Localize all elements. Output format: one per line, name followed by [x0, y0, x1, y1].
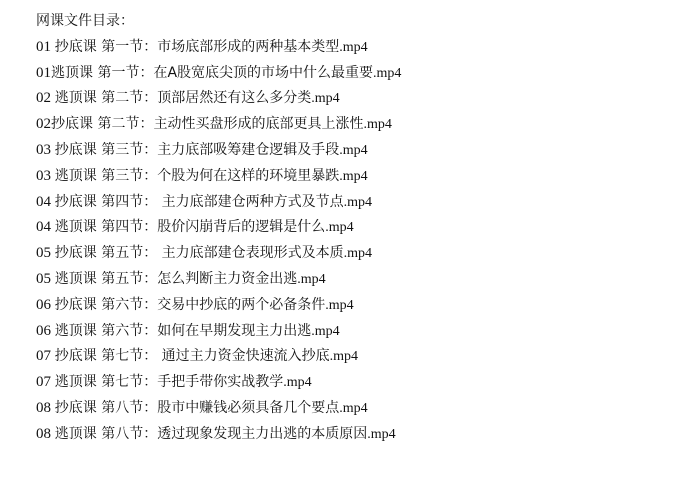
file-entry: 04 逃顶课 第四节：股价闪崩背后的逻辑是什么.mp4	[36, 215, 401, 241]
file-entry: 01 抄底课 第一节：市场底部形成的两种基本类型.mp4	[36, 35, 401, 61]
document-heading: 网课文件目录：	[36, 9, 401, 35]
file-list-document: 网课文件目录： 01 抄底课 第一节：市场底部形成的两种基本类型.mp4 01逃…	[36, 9, 401, 448]
file-number: 07	[36, 374, 55, 390]
file-extension: .mp4	[373, 66, 401, 81]
file-number: 08	[36, 426, 55, 442]
file-extension: .mp4	[344, 195, 372, 210]
file-title: 逃顶课 第一节：在A股宽底尖顶的市场中什么最重要	[51, 65, 373, 81]
file-entry: 06 抄底课 第六节：交易中抄底的两个必备条件.mp4	[36, 293, 401, 319]
file-title: 抄底课 第七节： 通过主力资金快速流入抄底	[55, 348, 330, 364]
file-extension: .mp4	[311, 324, 339, 339]
file-extension: .mp4	[325, 298, 353, 313]
file-title: 抄底课 第六节：交易中抄底的两个必备条件	[55, 297, 325, 313]
file-title: 逃顶课 第六节：如何在早期发现主力出逃	[55, 323, 311, 339]
file-extension: .mp4	[325, 220, 353, 235]
file-entry: 05 逃顶课 第五节：怎么判断主力资金出逃.mp4	[36, 267, 401, 293]
file-number: 04	[36, 219, 55, 235]
file-number: 02	[36, 116, 51, 132]
file-title: 逃顶课 第四节：股价闪崩背后的逻辑是什么	[55, 219, 325, 235]
file-number: 05	[36, 271, 55, 287]
file-title: 逃顶课 第八节：透过现象发现主力出逃的本质原因	[55, 426, 367, 442]
file-title: 抄底课 第四节： 主力底部建仓两种方式及节点	[55, 194, 344, 210]
file-extension: .mp4	[339, 401, 367, 416]
file-extension: .mp4	[339, 143, 367, 158]
file-title: 逃顶课 第三节：个股为何在这样的环境里暴跌	[55, 168, 339, 184]
file-number: 03	[36, 142, 55, 158]
file-extension: .mp4	[367, 427, 395, 442]
file-extension: .mp4	[339, 40, 367, 55]
file-title: 抄底课 第一节：市场底部形成的两种基本类型	[55, 39, 339, 55]
file-extension: .mp4	[344, 246, 372, 261]
file-entry: 03 抄底课 第三节：主力底部吸筹建仓逻辑及手段.mp4	[36, 138, 401, 164]
file-entry: 04 抄底课 第四节： 主力底部建仓两种方式及节点.mp4	[36, 190, 401, 216]
file-number: 01	[36, 65, 51, 81]
file-title: 逃顶课 第二节：顶部居然还有这么多分类	[55, 90, 311, 106]
file-entry: 07 逃顶课 第七节：手把手带你实战教学.mp4	[36, 370, 401, 396]
file-entry: 06 逃顶课 第六节：如何在早期发现主力出逃.mp4	[36, 319, 401, 345]
file-entry: 08 抄底课 第八节：股市中赚钱必须具备几个要点.mp4	[36, 396, 401, 422]
file-title: 逃顶课 第七节：手把手带你实战教学	[55, 374, 283, 390]
file-title: 抄底课 第二节：主动性买盘形成的底部更具上涨性	[51, 116, 363, 132]
file-title: 抄底课 第八节：股市中赚钱必须具备几个要点	[55, 400, 339, 416]
file-extension: .mp4	[283, 375, 311, 390]
file-title: 逃顶课 第五节：怎么判断主力资金出逃	[55, 271, 297, 287]
file-number: 01	[36, 39, 55, 55]
file-entry: 07 抄底课 第七节： 通过主力资金快速流入抄底.mp4	[36, 344, 401, 370]
file-extension: .mp4	[330, 349, 358, 364]
file-number: 06	[36, 323, 55, 339]
file-entry: 05 抄底课 第五节： 主力底部建仓表现形式及本质.mp4	[36, 241, 401, 267]
file-entry: 01逃顶课 第一节：在A股宽底尖顶的市场中什么最重要.mp4	[36, 61, 401, 87]
file-extension: .mp4	[297, 272, 325, 287]
file-title: 抄底课 第五节： 主力底部建仓表现形式及本质	[55, 245, 344, 261]
file-number: 03	[36, 168, 55, 184]
file-extension: .mp4	[363, 117, 391, 132]
file-number: 02	[36, 90, 55, 106]
file-extension: .mp4	[339, 169, 367, 184]
file-entry: 02 逃顶课 第二节：顶部居然还有这么多分类.mp4	[36, 86, 401, 112]
file-number: 04	[36, 194, 55, 210]
file-number: 08	[36, 400, 55, 416]
file-extension: .mp4	[311, 91, 339, 106]
file-number: 05	[36, 245, 55, 261]
file-number: 07	[36, 348, 55, 364]
file-entry: 02抄底课 第二节：主动性买盘形成的底部更具上涨性.mp4	[36, 112, 401, 138]
file-entry: 03 逃顶课 第三节：个股为何在这样的环境里暴跌.mp4	[36, 164, 401, 190]
file-entry: 08 逃顶课 第八节：透过现象发现主力出逃的本质原因.mp4	[36, 422, 401, 448]
file-number: 06	[36, 297, 55, 313]
file-title: 抄底课 第三节：主力底部吸筹建仓逻辑及手段	[55, 142, 339, 158]
